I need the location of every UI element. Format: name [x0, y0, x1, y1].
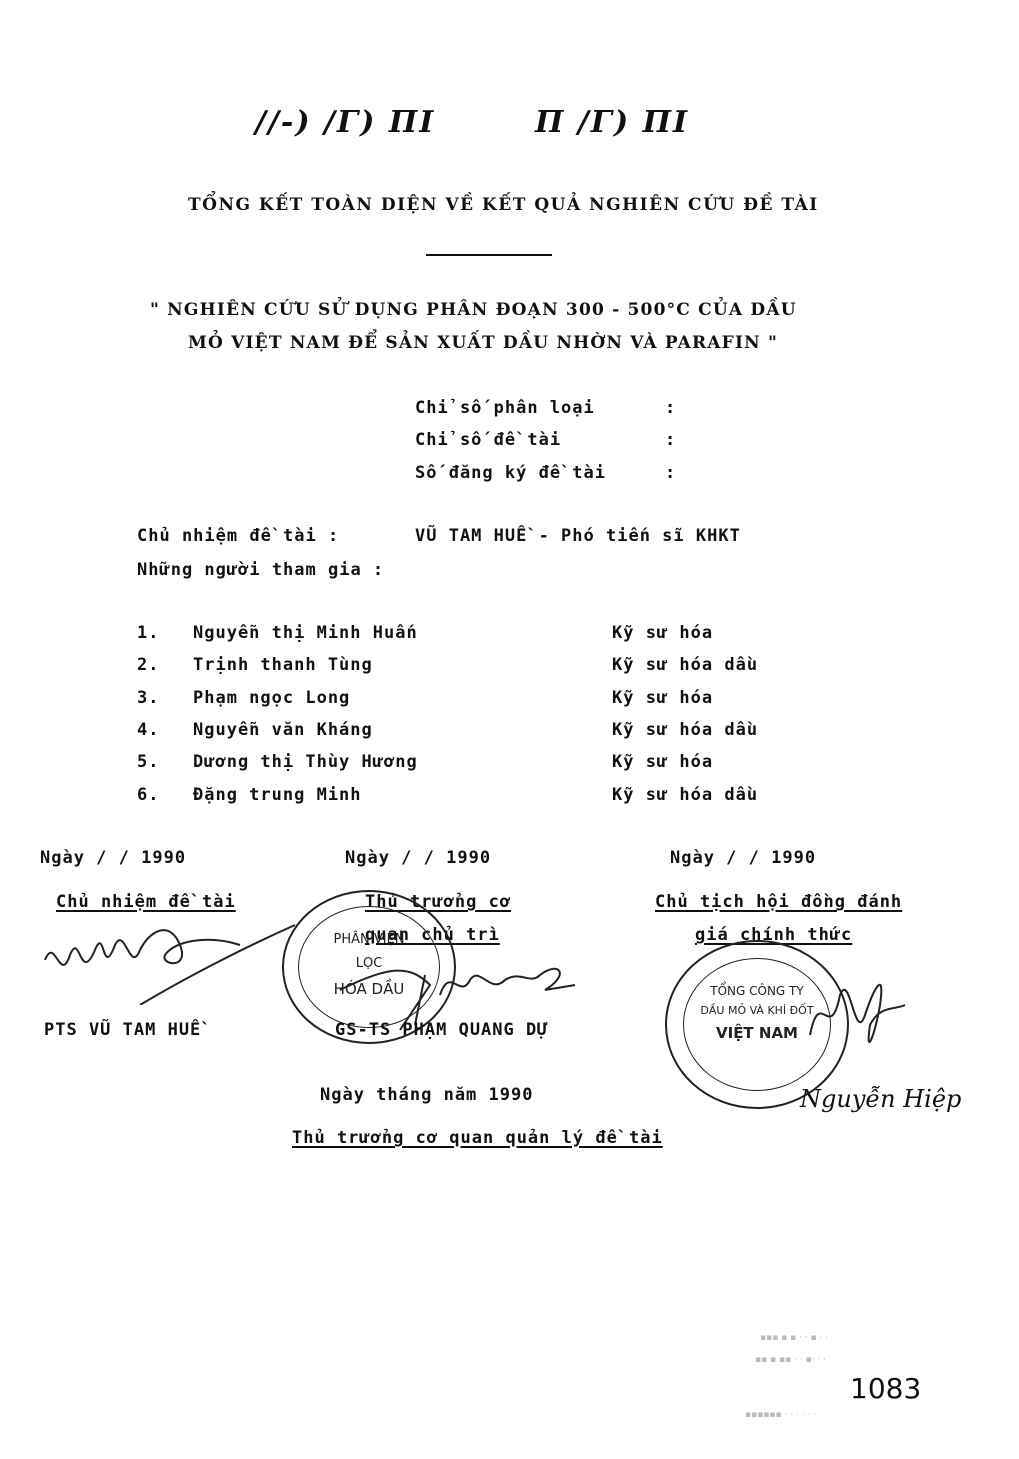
signature-date-3: Ngày / / 1990	[670, 848, 816, 868]
signature-title-3a: Chủ tịch hội đồng đánh	[655, 892, 902, 912]
participant-number: 5.	[137, 752, 159, 772]
participant-role: Kỹ sư hóa dầu	[612, 720, 758, 740]
signature-scribble-3	[800, 965, 910, 1065]
participant-number: 4.	[137, 720, 159, 740]
participant-name: Nguyễn thị Minh Huấn	[193, 623, 418, 643]
index-label: Số đăng ký đề tài	[415, 463, 606, 483]
index-sep: :	[665, 430, 676, 450]
signature-title-1: Chủ nhiệm đề tài	[56, 892, 236, 912]
participant-number: 3.	[137, 688, 159, 708]
index-sep: :	[665, 463, 676, 483]
signature-date-1: Ngày / / 1990	[40, 848, 186, 868]
topic-line-2: MỎ VIỆT NAM ĐỂ SẢN XUẤT DẦU NHỜN VÀ PARA…	[188, 333, 778, 353]
participants-label: Những người tham gia :	[137, 560, 384, 580]
archive-number: 1083	[850, 1372, 921, 1405]
document-title: TỔNG KẾT TOÀN DIỆN VỀ KẾT QUẢ NGHIÊN CỨU…	[188, 195, 819, 215]
archive-faint-line: ▪▪▪▪▪▪ · · · · · ·	[745, 1410, 816, 1420]
lead-label: Chủ nhiệm đề tài :	[137, 526, 339, 546]
lead-value: VŨ TAM HUỀ - Phó tiến sĩ KHKT	[415, 526, 741, 546]
handwritten-name: Nguyễn Hiệp	[800, 1085, 961, 1113]
signature-date-2: Ngày / / 1990	[345, 848, 491, 868]
participant-number: 1.	[137, 623, 159, 643]
index-label: Chỉ số đề tài	[415, 430, 561, 450]
signature-scribble-1	[40, 915, 300, 1005]
participant-role: Kỹ sư hóa dầu	[612, 655, 758, 675]
index-sep: :	[665, 398, 676, 418]
participant-number: 6.	[137, 785, 159, 805]
participant-name: Dương thị Thùy Hương	[193, 752, 418, 772]
participant-role: Kỹ sư hóa dầu	[612, 785, 758, 805]
participant-number: 2.	[137, 655, 159, 675]
participant-name: Đặng trung Minh	[193, 785, 362, 805]
archive-faint-line: ▪▪▪ ▪ ▪ · · ▪ · ·	[760, 1333, 828, 1343]
participant-role: Kỹ sư hóa	[612, 752, 713, 772]
index-label: Chỉ số phân loại	[415, 398, 595, 418]
title-divider	[426, 254, 552, 256]
signer-name-2: GS-TS PHẠM QUANG DỰ	[335, 1020, 548, 1040]
signer-name-1: PTS VŨ TAM HUỀ	[44, 1020, 201, 1040]
archive-faint-line: ▪▪ ▪ ▪▪ · · ▪· · ·	[755, 1355, 826, 1365]
topic-line-1: " NGHIÊN CỨU SỬ DỤNG PHÂN ĐOẠN 300 - 500…	[150, 300, 797, 320]
bottom-title: Thủ trưởng cơ quan quản lý đề tài	[292, 1128, 663, 1148]
participant-name: Trịnh thanh Tùng	[193, 655, 373, 675]
participant-name: Phạm ngọc Long	[193, 688, 350, 708]
participant-name: Nguyễn văn Kháng	[193, 720, 373, 740]
participant-role: Kỹ sư hóa	[612, 623, 713, 643]
document-code-left: //-) /Γ) ΠΙ	[255, 105, 435, 140]
participant-role: Kỹ sư hóa	[612, 688, 713, 708]
document-code-right: Π /Γ) ΠΙ	[535, 105, 689, 140]
bottom-date: Ngày tháng năm 1990	[320, 1085, 533, 1105]
